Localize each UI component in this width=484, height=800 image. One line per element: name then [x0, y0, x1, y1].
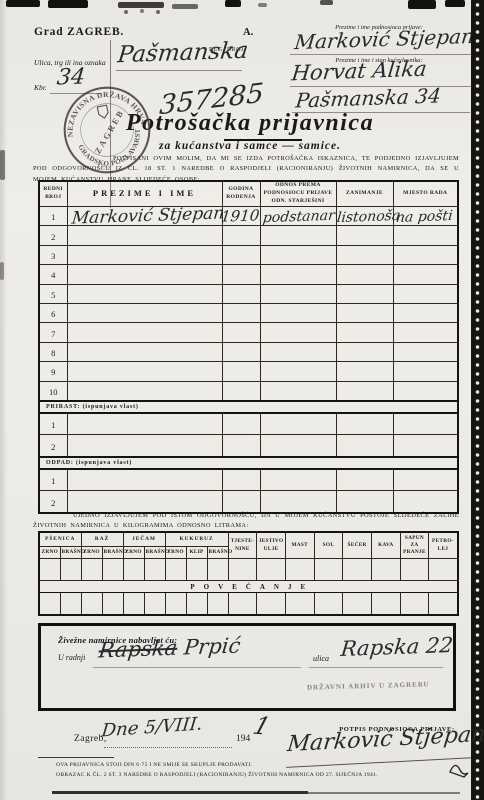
table-cell: 2 — [39, 435, 67, 457]
table-row: 3 — [39, 245, 458, 264]
row-number: 2 — [51, 442, 55, 452]
table-cell — [336, 469, 393, 491]
table-cell — [336, 435, 393, 457]
table-row: 1 — [39, 469, 458, 491]
table-row: 2 — [39, 435, 458, 457]
supplies-value-cell — [123, 559, 144, 581]
street-value-handwritten: Pašmanska — [117, 40, 250, 68]
table-cell — [222, 362, 260, 381]
prirast-band: PRIRAST: (ispunjava vlast) — [39, 401, 458, 413]
year-printed: 194 — [236, 734, 250, 744]
table-cell — [222, 413, 260, 435]
row-number: 2 — [51, 498, 55, 508]
supplies-col-header: SAPUN ZA PRANJE — [400, 532, 429, 559]
table-cell — [67, 284, 222, 303]
table-cell — [260, 469, 336, 491]
table-cell — [260, 491, 336, 513]
struck-word: Rapska — [97, 636, 178, 663]
table-cell — [393, 342, 458, 361]
supplies-value-cell — [343, 559, 372, 581]
purchase-street-underline — [309, 667, 443, 668]
table-cell — [336, 491, 393, 513]
table-cell — [260, 265, 336, 284]
table-cell — [67, 469, 222, 491]
table-cell — [222, 284, 260, 303]
table-cell — [393, 469, 458, 491]
table-cell — [336, 245, 393, 264]
supplies-col-header: PETRO-LEJ — [429, 532, 458, 559]
supplies-value-cell — [39, 593, 60, 616]
supplies-value-cell — [81, 593, 102, 616]
street-underline — [116, 70, 242, 71]
members-header-row: REDNI BROJ PREZIME I IME GODINA RODENJA … — [39, 181, 458, 207]
archive-stamp: DRŽAVNI ARHIV U ZAGREBU — [307, 680, 430, 691]
table-row: 8 — [39, 342, 458, 361]
table-cell: 1910 — [222, 207, 260, 226]
supplies-value-cell — [343, 593, 372, 616]
table-cell — [260, 245, 336, 264]
table-cell — [336, 226, 393, 245]
applicant-signature-handwritten: Marković Stjepan — [286, 724, 484, 756]
table-row: 5 — [39, 284, 458, 303]
table-row: 1 — [39, 413, 458, 435]
ink-flourish-icon — [448, 758, 470, 778]
supplies-subcol-header: ZRNO — [123, 547, 144, 559]
year-digit-handwritten: 1 — [250, 713, 273, 738]
table-cell — [336, 381, 393, 401]
supplies-value-row — [39, 559, 458, 581]
supplies-value-cell — [39, 559, 60, 581]
table-row: 1Marković Stjepan1910podstanarlistonošan… — [39, 207, 458, 226]
scan-smudge — [124, 10, 128, 14]
supplies-value-cell — [144, 559, 165, 581]
table-cell — [67, 342, 222, 361]
table-cell — [222, 469, 260, 491]
signature-date-handwritten: Dne 5/VIII. — [101, 716, 204, 741]
supplies-value-cell — [371, 593, 400, 616]
supplies-value-cell — [102, 559, 123, 581]
supplies-value-row — [39, 593, 458, 616]
table-cell — [393, 413, 458, 435]
table-cell — [336, 284, 393, 303]
table-cell — [393, 245, 458, 264]
paper-edge-shadow — [0, 0, 7, 800]
row-number: 4 — [51, 270, 55, 280]
col-header-redni-broj: REDNI BROJ — [39, 181, 67, 207]
table-cell — [222, 303, 260, 322]
odpad-band-label: ODPAD: (ispunjava vlast) — [39, 457, 458, 469]
scan-smudge — [258, 3, 267, 7]
supplies-value-cell — [186, 593, 207, 616]
purchase-street-handwritten: Rapska 22 — [340, 635, 454, 660]
supplies-value-cell — [228, 559, 257, 581]
table-cell — [67, 323, 222, 342]
section-label: A. — [243, 27, 253, 38]
row-number: 8 — [51, 348, 55, 358]
table-cell — [67, 226, 222, 245]
supplies-value-cell — [228, 593, 257, 616]
table-cell — [260, 362, 336, 381]
supplies-value-cell — [207, 559, 228, 581]
table-row: 4 — [39, 265, 458, 284]
film-edge — [471, 0, 484, 800]
scan-smudge — [172, 4, 198, 9]
applicant-name-handwritten: Marković Stjepan — [294, 26, 476, 52]
table-cell: 4 — [39, 265, 67, 284]
table-cell — [222, 381, 260, 401]
table-cell — [67, 491, 222, 513]
scan-smudge — [118, 2, 164, 8]
supplies-col-header: KAVA — [371, 532, 400, 559]
col-header-zanimanje: ZANIMANJE — [336, 181, 393, 207]
supplies-col-header: JESTIVO ULJE — [257, 532, 286, 559]
date-dotted-line — [104, 747, 232, 748]
col-header-mjesto-rada: MJESTO RADA — [393, 181, 458, 207]
table-cell: 6 — [39, 303, 67, 322]
supplies-value-cell — [102, 593, 123, 616]
table-cell — [67, 413, 222, 435]
scan-bottom-line — [52, 791, 308, 794]
odpad-band: ODPAD: (ispunjava vlast) — [39, 457, 458, 469]
supplies-value-cell — [165, 593, 186, 616]
table-cell — [336, 413, 393, 435]
table-cell: Marković Stjepan — [67, 207, 222, 226]
house-number-label: Kbr. — [34, 83, 47, 92]
table-cell — [260, 381, 336, 401]
table-cell — [336, 323, 393, 342]
table-cell: podstanar — [260, 207, 336, 226]
declaration-paragraph-2: UJEDNO IZJAVLJUJEM POD ISTOM ODGOVORNOŠĆ… — [33, 511, 459, 532]
shop-name: Prpić — [183, 634, 242, 660]
scan-smudge — [445, 0, 465, 7]
purchase-declaration-box: Živežne namirnice nabavljat ću: U radnji… — [38, 623, 456, 711]
supplies-subcol-header: BRAŠNO — [207, 547, 228, 559]
supplies-value-cell — [165, 559, 186, 581]
table-cell: 5 — [39, 284, 67, 303]
col-header-odnos: ODNOS PREMA PODNOSIOCU PRIJAVE ODN. STAR… — [260, 181, 336, 207]
table-cell: 1 — [39, 469, 67, 491]
purchase-street-label: ulica — [313, 654, 329, 663]
table-cell — [222, 491, 260, 513]
supplies-subcol-header: BRAŠNO — [60, 547, 81, 559]
povecanje-band: POVEĆANJE — [39, 581, 458, 593]
handwritten-occupation: listonoša — [336, 209, 401, 225]
municipal-stamp-icon: NEZAVISNA DRŽAVA HRVATSKA GRADSKO POGLAV… — [51, 74, 162, 185]
food-supplies-table: PŠENICARAŽJEČAMKUKURUZTJESTE-NINEJESTIVO… — [38, 531, 457, 616]
table-row: 6 — [39, 303, 458, 322]
supplies-value-cell — [257, 593, 286, 616]
table-row: 10 — [39, 381, 458, 401]
table-cell — [67, 265, 222, 284]
table-cell — [260, 323, 336, 342]
svg-text:ZAGREB: ZAGREB — [93, 107, 127, 155]
supplies-col-header: JEČAM — [123, 532, 165, 547]
table-cell — [393, 435, 458, 457]
scan-smudge — [225, 0, 241, 7]
footer-line-2: OBRAZAC K ČL. 2 ST. 3 NAREDBE O RASPODJE… — [56, 770, 456, 780]
table-cell — [336, 362, 393, 381]
supplies-col-header: RAŽ — [81, 532, 123, 547]
shop-name-handwritten: Rapska Prpić — [98, 636, 242, 662]
scan-smudge — [140, 9, 144, 13]
supplies-subcol-header: ZRNO — [165, 547, 186, 559]
supplies-col-header: MAST — [285, 532, 314, 559]
supplies-value-cell — [257, 559, 286, 581]
row-number: 3 — [51, 251, 55, 261]
row-number: 6 — [51, 309, 55, 319]
footer-line-1: OVA PRIJAVNICA STOJI DIN 6·75 I NE SMIJE… — [56, 760, 456, 770]
table-cell — [67, 362, 222, 381]
col-header-godina-rodenja: GODINA RODENJA — [222, 181, 260, 207]
table-cell — [260, 413, 336, 435]
supplies-value-cell — [81, 559, 102, 581]
row-number: 1 — [51, 212, 55, 222]
table-cell: 1 — [39, 207, 67, 226]
supplies-value-cell — [144, 593, 165, 616]
row-number: 2 — [51, 232, 55, 242]
shop-label: U radnji — [58, 653, 85, 662]
table-cell — [393, 362, 458, 381]
footer-notes: OVA PRIJAVNICA STOJI DIN 6·75 I NE SMIJE… — [56, 760, 456, 780]
supplies-subcol-header: ZRNO — [39, 547, 60, 559]
supplies-subcol-header: ZRNO — [81, 547, 102, 559]
table-cell — [260, 303, 336, 322]
table-cell: 7 — [39, 323, 67, 342]
row-number: 9 — [51, 367, 55, 377]
document-page: Grad ZAGREB. A. REG. BROJ: 357285 Ulica,… — [0, 0, 484, 800]
supplies-subcol-header: KLIP — [186, 547, 207, 559]
footer-rule — [38, 757, 114, 758]
table-cell — [260, 226, 336, 245]
supplies-value-cell — [429, 559, 458, 581]
table-cell: 3 — [39, 245, 67, 264]
table-cell — [222, 342, 260, 361]
table-cell — [393, 381, 458, 401]
table-cell — [67, 435, 222, 457]
supplies-value-cell — [60, 559, 81, 581]
scan-smudge — [156, 10, 160, 14]
table-cell: 2 — [39, 226, 67, 245]
supplies-value-cell — [371, 559, 400, 581]
table-cell — [336, 303, 393, 322]
table-cell — [260, 284, 336, 303]
handwritten-year: 1910 — [220, 209, 260, 225]
table-row: 7 — [39, 323, 458, 342]
row-number: 1 — [51, 476, 55, 486]
table-cell: 8 — [39, 342, 67, 361]
scan-smudge — [320, 0, 333, 5]
supplies-value-cell — [429, 593, 458, 616]
table-cell — [222, 265, 260, 284]
table-cell — [393, 226, 458, 245]
table-cell: na pošti — [393, 207, 458, 226]
applicant-underline — [290, 54, 472, 55]
supplies-value-cell — [400, 593, 429, 616]
supplies-group-header-row: PŠENICARAŽJEČAMKUKURUZTJESTE-NINEJESTIVO… — [39, 532, 458, 547]
table-cell — [260, 342, 336, 361]
supplies-col-header: PŠENICA — [39, 532, 81, 547]
supplies-value-cell — [207, 593, 228, 616]
table-cell: 2 — [39, 491, 67, 513]
table-cell — [260, 435, 336, 457]
supplies-col-header: ŠEĆER — [343, 532, 372, 559]
supplies-subcol-header: BRAŠNO — [102, 547, 123, 559]
supplies-value-cell — [400, 559, 429, 581]
povecanje-label: POVEĆANJE — [39, 581, 458, 593]
handwritten-name: Marković Stjepan — [70, 206, 224, 228]
table-cell — [222, 323, 260, 342]
row-number: 5 — [51, 290, 55, 300]
scan-smudge — [48, 0, 88, 8]
handwritten-relation: podstanar — [262, 209, 335, 225]
supplies-col-header: SOL — [314, 532, 343, 559]
supplies-value-cell — [314, 559, 343, 581]
table-cell — [222, 435, 260, 457]
table-cell — [393, 265, 458, 284]
prirast-band-label: PRIRAST: (ispunjava vlast) — [39, 401, 458, 413]
table-cell: 1 — [39, 413, 67, 435]
table-cell: listonoša — [336, 207, 393, 226]
supplies-subcol-header: BRAŠNO — [144, 547, 165, 559]
table-cell: 9 — [39, 362, 67, 381]
household-members-table: REDNI BROJ PREZIME I IME GODINA RODENJA … — [38, 180, 457, 514]
city-label: Grad ZAGREB. — [34, 26, 124, 38]
row-number: 10 — [49, 387, 58, 397]
scan-smudge — [6, 0, 40, 7]
table-cell — [336, 265, 393, 284]
supplies-value-cell — [60, 593, 81, 616]
table-cell — [336, 342, 393, 361]
supplies-value-cell — [314, 593, 343, 616]
shop-underline — [93, 667, 301, 668]
table-cell — [393, 323, 458, 342]
house-number-handwritten: 34 — [56, 67, 86, 90]
col-header-prezime-ime: PREZIME I IME — [67, 181, 222, 207]
handwritten-workplace: na pošti — [395, 209, 453, 225]
table-cell — [393, 303, 458, 322]
table-cell — [393, 491, 458, 513]
supplies-value-cell — [285, 559, 314, 581]
crest-icon — [97, 105, 109, 119]
row-number: 7 — [51, 329, 55, 339]
supplies-value-cell — [285, 593, 314, 616]
table-row: 2 — [39, 491, 458, 513]
supplies-value-cell — [123, 593, 144, 616]
table-cell — [67, 381, 222, 401]
table-cell: 10 — [39, 381, 67, 401]
supplies-value-cell — [186, 559, 207, 581]
table-cell — [393, 284, 458, 303]
table-row: 9 — [39, 362, 458, 381]
table-cell — [222, 245, 260, 264]
table-cell — [67, 245, 222, 264]
table-row: 2 — [39, 226, 458, 245]
supplies-col-header: TJESTE-NINE — [228, 532, 257, 559]
supplies-col-header: KUKURUZ — [165, 532, 228, 547]
table-cell — [222, 226, 260, 245]
scan-smudge — [408, 0, 436, 9]
table-cell — [67, 303, 222, 322]
scan-bottom-line — [308, 792, 460, 794]
row-number: 1 — [51, 420, 55, 430]
landlord-address-handwritten: Pašmanska 34 — [295, 85, 442, 110]
landlord-name-handwritten: Horvat Alika — [291, 59, 428, 85]
